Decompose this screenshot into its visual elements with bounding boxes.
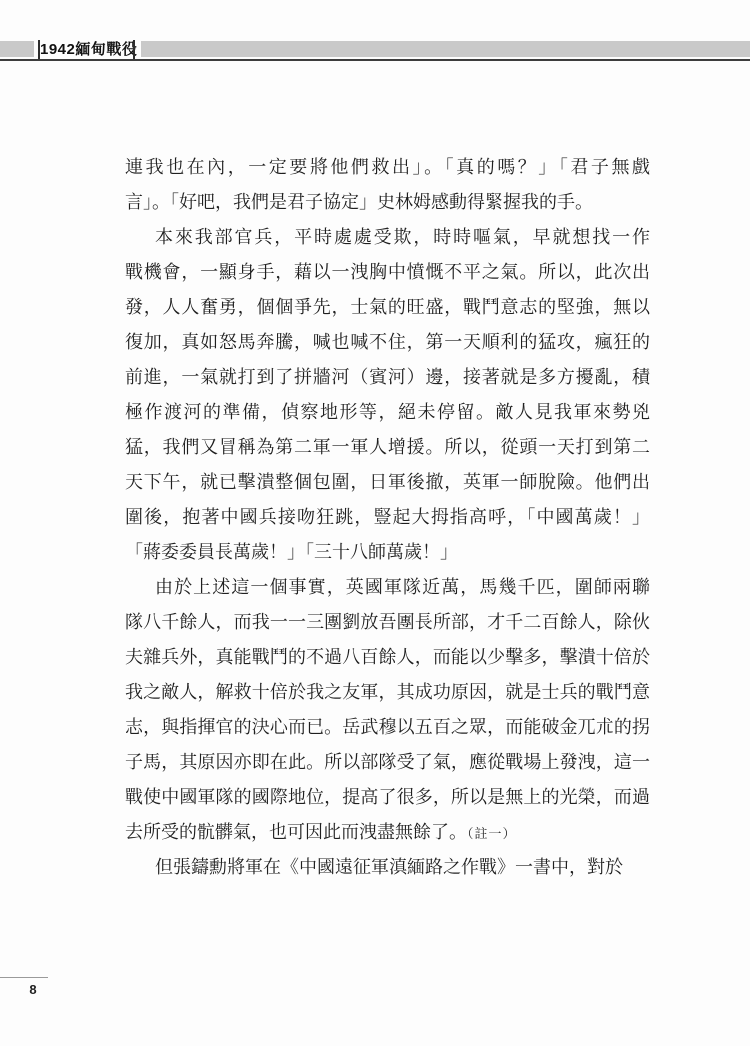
text-line-main: 去所受的骯髒氣，也可因此而洩盡無餘了。 <box>125 822 467 842</box>
text-line: 隊八千餘人，而我一一三團劉放吾團長所部，才千二百餘人，除伙 <box>125 605 650 640</box>
header-bar-right <box>141 41 750 57</box>
text-line: 去所受的骯髒氣，也可因此而洩盡無餘了。（註一） <box>125 815 650 850</box>
text-line: 但張鑄勳將軍在《中國遠征軍滇緬路之作戰》一書中，對於 <box>125 850 650 885</box>
text-line: 天下午，就已擊潰整個包圍，日軍後撤，英軍一師脫險。他們出 <box>125 465 650 500</box>
text-line: 志，與指揮官的決心而已。岳武穆以五百之眾，而能破金兀朮的拐 <box>125 710 650 745</box>
text-line: 言」。「好吧，我們是君子協定」史林姆感動得緊握我的手。 <box>125 185 650 220</box>
text-line: 極作渡河的準備，偵察地形等，絕未停留。敵人見我軍來勢兇 <box>125 395 650 430</box>
header-tick-right <box>133 40 135 60</box>
text-block: 連我也在內，一定要將他們救出」。「真的嗎？」「君子無戲 言」。「好吧，我們是君子… <box>125 150 650 885</box>
text-line: 「蔣委委員長萬歲！」「三十八師萬歲！」 <box>125 535 650 570</box>
header-rule <box>0 59 750 61</box>
text-line: 發，人人奮勇，個個爭先，士氣的旺盛，戰鬥意志的堅強，無以 <box>125 290 650 325</box>
header-bar-left <box>0 41 34 57</box>
text-line: 戰使中國軍隊的國際地位，提高了很多，所以是無上的光榮，而過 <box>125 780 650 815</box>
text-line: 復加，真如怒馬奔騰，喊也喊不住，第一天順利的猛攻，瘋狂的 <box>125 325 650 360</box>
text-line: 子馬，其原因亦即在此。所以部隊受了氣，應從戰場上發洩，這一 <box>125 745 650 780</box>
page-number: 8 <box>18 982 48 997</box>
text-line: 猛，我們又冒稱為第二軍一軍人增援。所以，從頭一天打到第二 <box>125 430 650 465</box>
text-line: 連我也在內，一定要將他們救出」。「真的嗎？」「君子無戲 <box>125 150 650 185</box>
text-line: 由於上述這一個事實，英國軍隊近萬，馬幾千匹，圍師兩聯 <box>125 570 650 605</box>
text-line: 圍後，抱著中國兵接吻狂跳，豎起大拇指高呼，「中國萬歲！」 <box>125 500 650 535</box>
book-page: 1942緬甸戰役 連我也在內，一定要將他們救出」。「真的嗎？」「君子無戲 言」。… <box>0 0 750 1046</box>
text-line: 戰機會，一顯身手，藉以一洩胸中憤慨不平之氣。所以，此次出 <box>125 255 650 290</box>
running-head-title: 1942緬甸戰役 <box>40 40 133 60</box>
text-line: 我之敵人，解救十倍於我之友軍，其成功原因，就是士兵的戰鬥意 <box>125 675 650 710</box>
footer-rule <box>0 977 48 978</box>
text-line: 夫雜兵外，真能戰鬥的不過八百餘人，而能以少擊多，擊潰十倍於 <box>125 640 650 675</box>
footnote-ref: （註一） <box>467 826 517 841</box>
text-line: 本來我部官兵，平時處處受欺，時時嘔氣，早就想找一作 <box>125 220 650 255</box>
text-line: 前進，一氣就打到了拼牆河（賓河）邊，接著就是多方擾亂，積 <box>125 360 650 395</box>
